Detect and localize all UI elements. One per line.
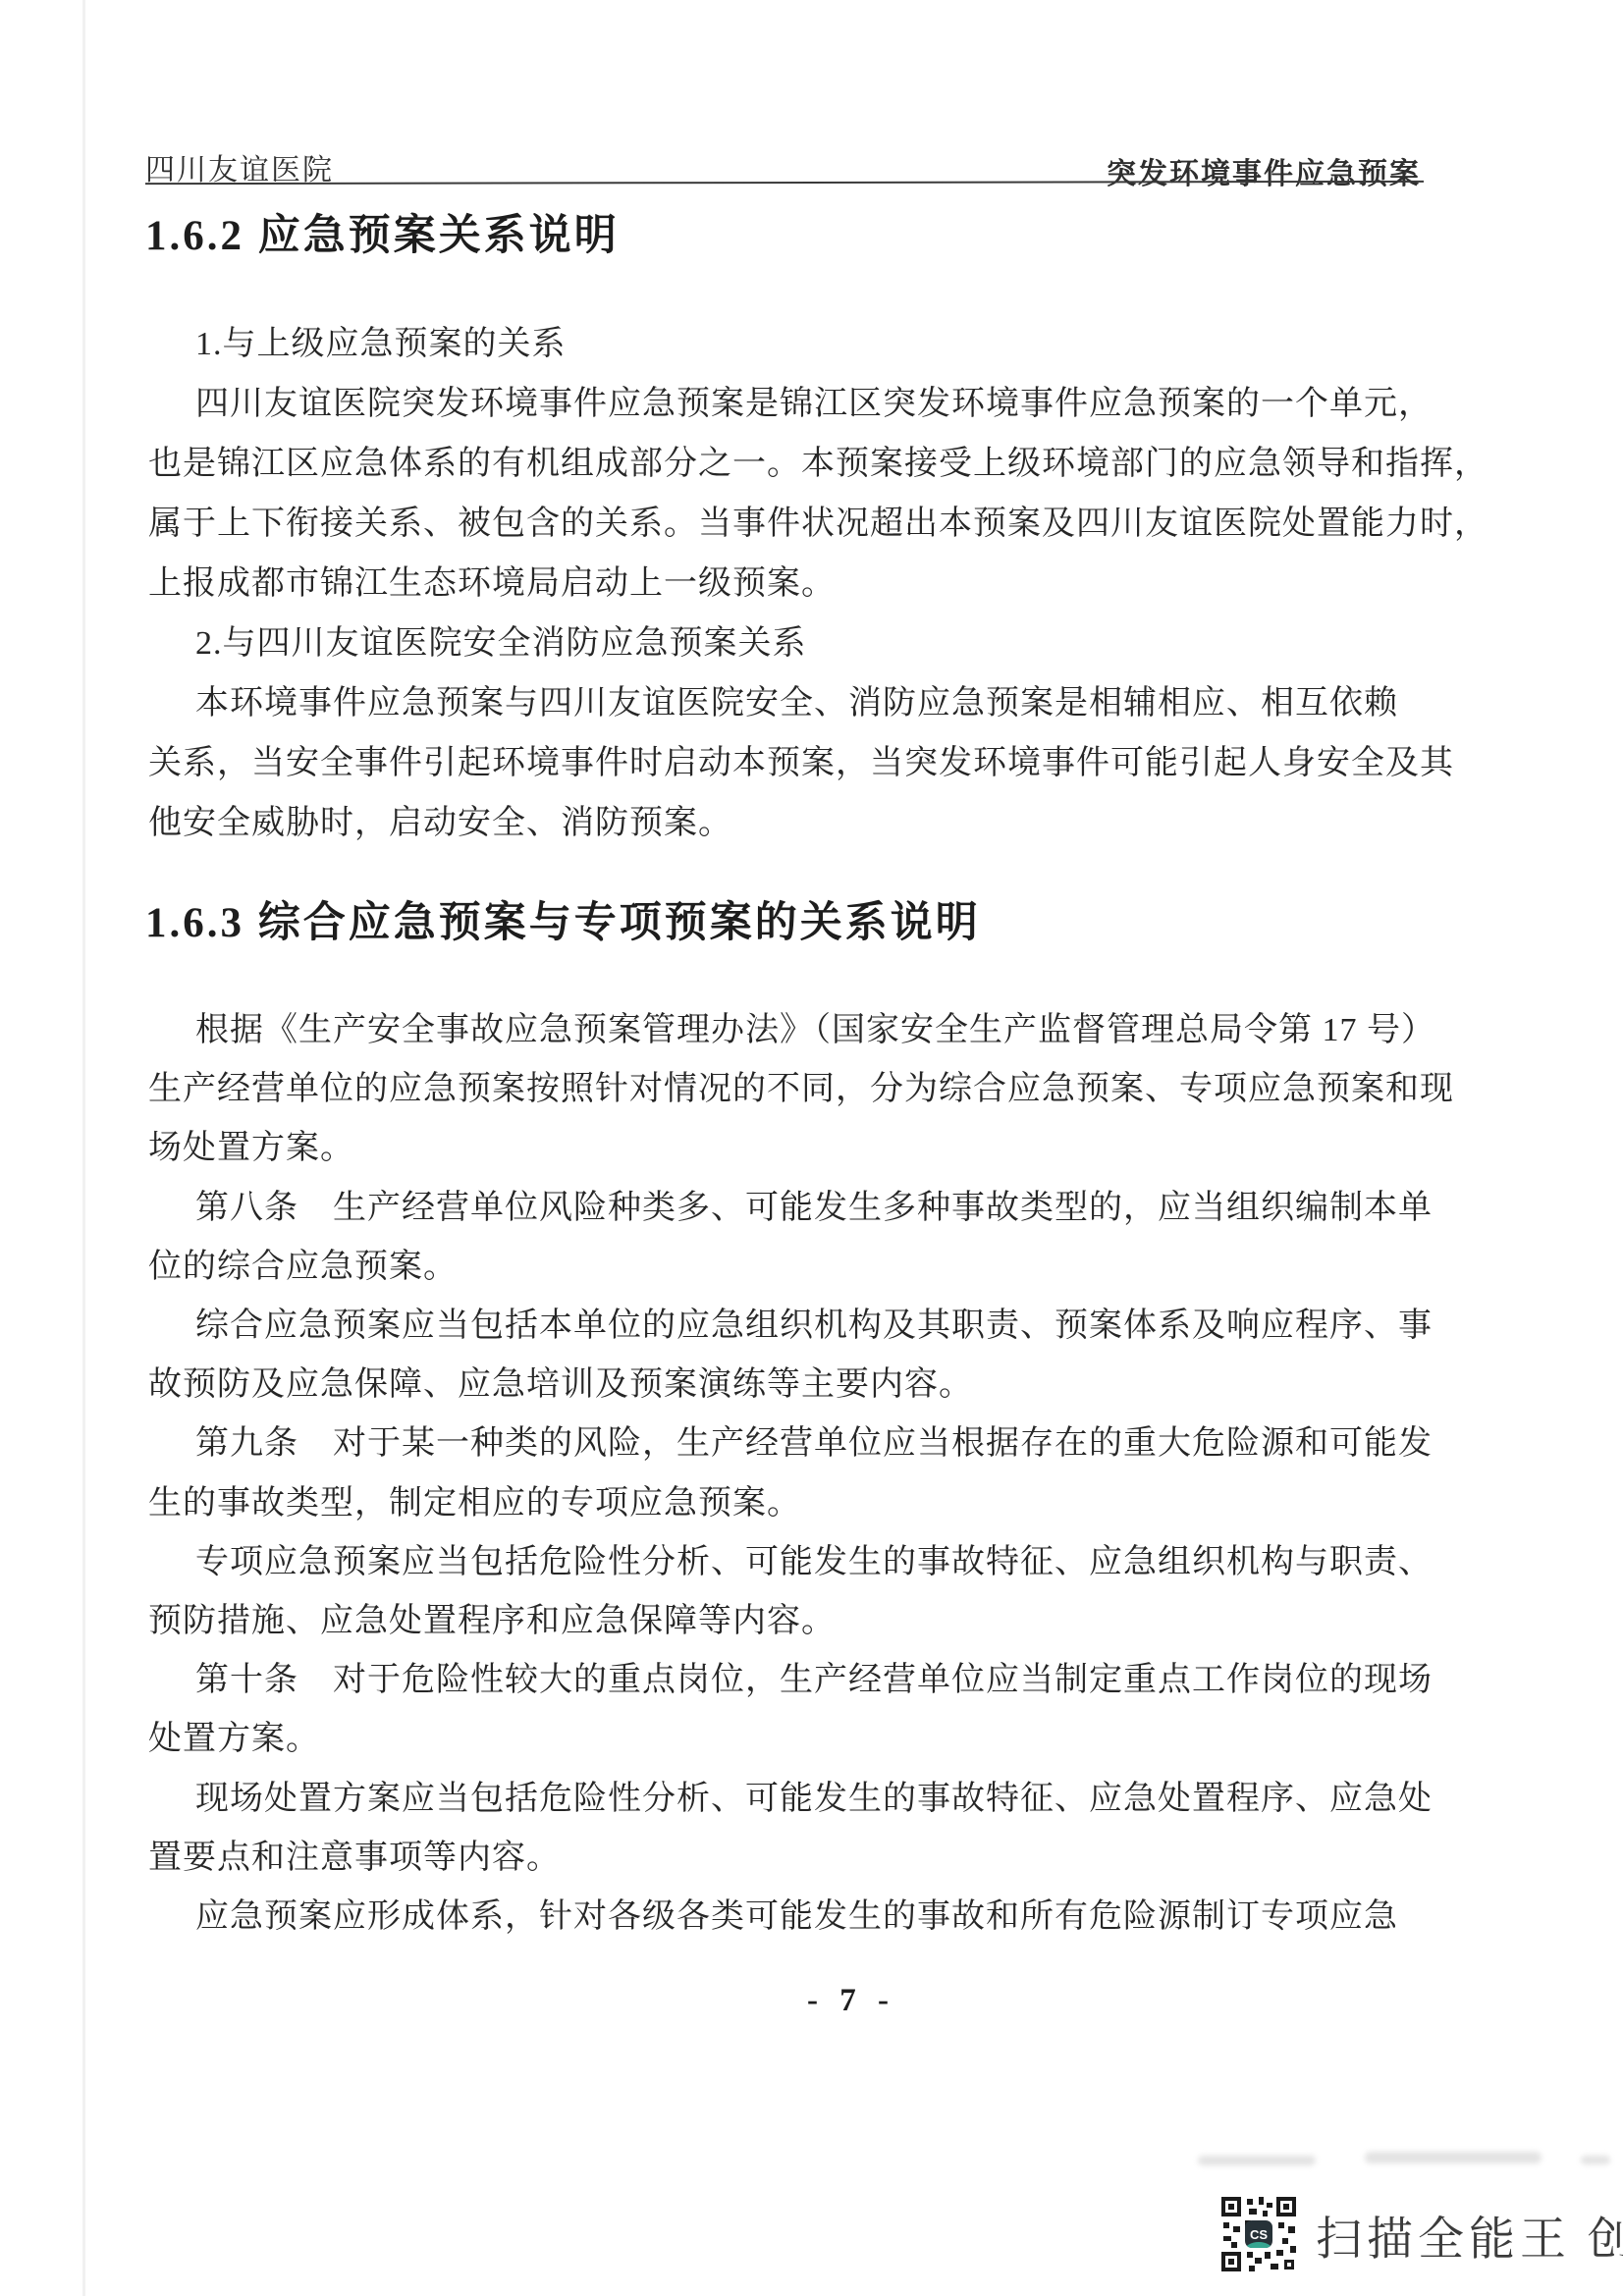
text-line: 场处置方案。 [148, 1119, 1454, 1178]
text-line: 预防措施、应急处置程序和应急保障等内容。 [148, 1592, 1454, 1651]
section-body-1-6-3: 根据《生产安全事故应急预案管理办法》（国家安全生产监督管理总局令第 17 号）生… [148, 1001, 1454, 1947]
watermark-text: 扫描全能王 创建 [1316, 2203, 1623, 2269]
text-line: 处置方案。 [148, 1710, 1454, 1769]
text-line: 也是锦江区应急体系的有机组成部分之一。本预案接受上级环境部门的应急领导和指挥， [148, 434, 1454, 494]
text-line: 故预防及应急保障、应急培训及预案演练等主要内容。 [148, 1356, 1454, 1415]
text-line: 第九条 对于某一种类的风险，生产经营单位应当根据存在的重大危险源和可能发 [148, 1415, 1454, 1473]
section-heading-1-6-2: 1.6.2 应急预案关系说明 [145, 202, 620, 262]
page-number: - 7 - [807, 1983, 895, 2019]
text-line: 上报成都市锦江生态环境局启动上一级预案。 [148, 554, 1454, 614]
scan-artifact [1198, 2156, 1316, 2165]
text-line: 2.与四川友谊医院安全消防应急预案关系 [148, 614, 1454, 673]
text-line: 关系，当安全事件引起环境事件时启动本预案，当突发环境事件可能引起人身安全及其 [148, 733, 1454, 793]
text-line: 第十条 对于危险性较大的重点岗位，生产经营单位应当制定重点工作岗位的现场 [148, 1651, 1454, 1710]
text-line: 属于上下衔接关系、被包含的关系。当事件状况超出本预案及四川友谊医院处置能力时， [148, 494, 1454, 554]
text-line: 置要点和注意事项等内容。 [148, 1829, 1454, 1888]
text-line: 他安全威胁时，启动安全、消防预案。 [148, 793, 1454, 853]
header-document-title: 突发环境事件应急预案 [1107, 149, 1421, 192]
section-body-1-6-2: 1.与上级应急预案的关系四川友谊医院突发环境事件应急预案是锦江区突发环境事件应急… [148, 314, 1454, 853]
text-line: 生产经营单位的应急预案按照针对情况的不同，分为综合应急预案、专项应急预案和现 [148, 1060, 1454, 1119]
camscanner-logo-icon: CS [1245, 2220, 1272, 2248]
text-line: 生的事故类型，制定相应的专项应急预案。 [148, 1474, 1454, 1533]
text-line: 综合应急预案应当包括本单位的应急组织机构及其职责、预案体系及响应程序、事 [148, 1297, 1454, 1356]
text-line: 本环境事件应急预案与四川友谊医院安全、消防应急预案是相辅相应、相互依赖 [148, 673, 1454, 733]
text-line: 根据《生产安全事故应急预案管理办法》（国家安全生产监督管理总局令第 17 号） [148, 1001, 1454, 1060]
text-line: 现场处置方案应当包括危险性分析、可能发生的事故特征、应急处置程序、应急处 [148, 1770, 1454, 1829]
section-heading-1-6-3: 1.6.3 综合应急预案与专项预案的关系说明 [145, 889, 981, 949]
text-line: 1.与上级应急预案的关系 [148, 314, 1454, 374]
scan-artifact [1581, 2156, 1610, 2164]
text-line: 专项应急预案应当包括危险性分析、可能发生的事故特征、应急组织机构与职责、 [148, 1533, 1454, 1592]
text-line: 四川友谊医院突发环境事件应急预案是锦江区突发环境事件应急预案的一个单元， [148, 374, 1454, 434]
scanned-document-page: 四川友谊医院 突发环境事件应急预案 1.6.2 应急预案关系说明 1.与上级应急… [0, 0, 1623, 2296]
scan-artifact [82, 0, 85, 2296]
scan-artifact [1365, 2152, 1542, 2163]
text-line: 位的综合应急预案。 [148, 1238, 1454, 1297]
text-line: 第八条 生产经营单位风险种类多、可能发生多种事故类型的，应当组织编制本单 [148, 1179, 1454, 1238]
text-line: 应急预案应形成体系，针对各级各类可能发生的事故和所有危险源制订专项应急 [148, 1888, 1454, 1947]
qr-code-icon: CS [1219, 2195, 1298, 2273]
